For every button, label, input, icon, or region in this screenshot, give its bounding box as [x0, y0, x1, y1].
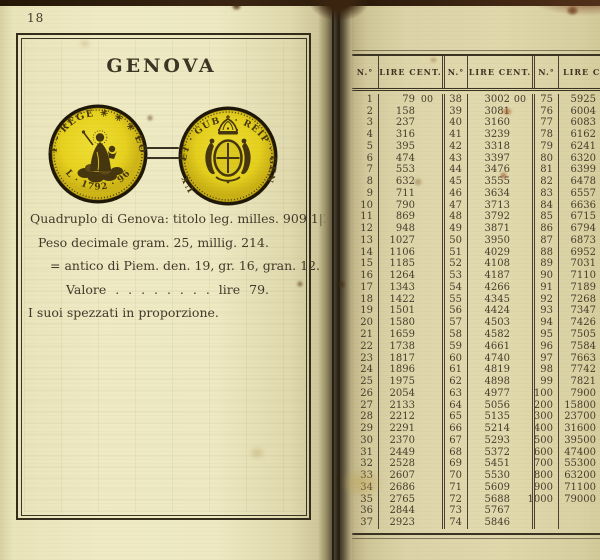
row-number: 78	[535, 129, 559, 141]
row-lire: 4029	[468, 247, 535, 259]
row-lire	[559, 517, 600, 529]
row-lire: 4898	[468, 376, 535, 388]
description-line: I suoi spezzati in proporzione.	[28, 305, 300, 329]
row-lire: 39500	[559, 435, 600, 447]
row-number: 2	[352, 106, 379, 118]
lire-value: 3397	[485, 154, 532, 164]
row-number: 21	[352, 329, 379, 341]
row-number: 87	[535, 235, 559, 247]
row-lire: 158	[379, 106, 445, 118]
row-number: 71	[445, 482, 468, 494]
lire-value: 3318	[485, 142, 532, 152]
row-lire: 6952	[559, 247, 600, 259]
row-number: 23	[352, 353, 379, 365]
cent-value: 00	[421, 95, 433, 105]
row-lire: 1422	[379, 294, 445, 306]
lire-value: 4029	[485, 248, 532, 258]
lire-value: 1975	[390, 377, 442, 387]
row-number: 19	[352, 306, 379, 318]
row-lire: 5530	[468, 470, 535, 482]
row-lire: 6320	[559, 153, 600, 165]
row-lire: 5135	[468, 411, 535, 423]
row-lire: 5925	[559, 94, 600, 106]
description-line: Peso decimale gram. 25, millig. 214.	[28, 235, 300, 259]
row-lire: 47400	[559, 447, 600, 459]
row-number: 9	[352, 188, 379, 200]
row-number: 7	[352, 165, 379, 177]
lire-value: 2765	[390, 495, 442, 505]
row-number: 85	[535, 212, 559, 224]
row-lire: 4187	[468, 270, 535, 282]
row-number: 93	[535, 306, 559, 318]
lire-value: 632	[396, 177, 442, 187]
row-number: 37	[352, 517, 379, 529]
row-lire: 1896	[379, 364, 445, 376]
row-number: 36	[352, 505, 379, 517]
lire-value: 4108	[485, 259, 532, 269]
row-lire: 5056	[468, 400, 535, 412]
row-lire: 474	[379, 153, 445, 165]
row-number: 400	[535, 423, 559, 435]
row-lire: 5451	[468, 458, 535, 470]
lire-value: 237	[396, 118, 442, 128]
lire-value: 1580	[390, 318, 442, 328]
lire-value: 3950	[485, 236, 532, 246]
row-number: 53	[445, 270, 468, 282]
row-lire: 3792	[468, 212, 535, 224]
row-lire: 4977	[468, 388, 535, 400]
table-header: N.° LIRE CENT. N.° LIRE CENT. N.° LIRE C…	[352, 56, 600, 91]
row-number: 98	[535, 364, 559, 376]
row-lire: 4503	[468, 317, 535, 329]
table-body: 1790038300200755925215839308176600432374…	[352, 91, 600, 529]
row-number: 32	[352, 458, 379, 470]
row-number: 96	[535, 341, 559, 353]
row-lire: 632	[379, 176, 445, 188]
row-number: 34	[352, 482, 379, 494]
row-lire: 5688	[468, 494, 535, 506]
lire-value: 5530	[485, 471, 532, 481]
row-number: 30	[352, 435, 379, 447]
row-lire: 237	[379, 118, 445, 130]
row-number: 80	[535, 153, 559, 165]
lire-value: 3871	[485, 224, 532, 234]
row-number: 20	[352, 317, 379, 329]
row-lire: 7189	[559, 282, 600, 294]
row-lire: 3871	[468, 223, 535, 235]
row-number: 60	[445, 353, 468, 365]
row-lire: 3081	[468, 106, 535, 118]
book-gutter	[318, 0, 354, 560]
row-lire: 2054	[379, 388, 445, 400]
row-lire: 6083	[559, 118, 600, 130]
row-lire: 3318	[468, 141, 535, 153]
lire-value: 316	[396, 130, 442, 140]
lire-value: 4740	[485, 354, 532, 364]
lire-value: 5688	[485, 495, 532, 505]
row-number: 84	[535, 200, 559, 212]
lire-value: 1422	[390, 295, 442, 305]
row-number: 91	[535, 282, 559, 294]
coin-connector-line	[146, 157, 179, 159]
description-line: = antico di Piem. den. 19, gr. 16, gran.…	[28, 258, 300, 282]
lire-value: 2291	[390, 424, 442, 434]
row-number: 12	[352, 223, 379, 235]
header-n2: N.°	[445, 56, 468, 88]
row-lire: 316	[379, 129, 445, 141]
row-number: 97	[535, 353, 559, 365]
lire-value: 711	[396, 189, 442, 199]
row-lire: 31600	[559, 423, 600, 435]
row-lire: 7347	[559, 306, 600, 318]
coin-legend-bottom: L · 1792 · 96	[63, 168, 133, 192]
row-number: 18	[352, 294, 379, 306]
row-lire: 553	[379, 165, 445, 177]
row-lire: 7031	[559, 259, 600, 271]
lire-value: 3792	[485, 212, 532, 222]
row-lire: 5214	[468, 423, 535, 435]
lire-value: 2686	[390, 483, 442, 493]
row-number: 41	[445, 129, 468, 141]
row-number: 8	[352, 176, 379, 188]
row-lire: 7742	[559, 364, 600, 376]
row-number: 74	[445, 517, 468, 529]
row-lire: 2686	[379, 482, 445, 494]
row-lire: 7821	[559, 376, 600, 388]
lire-value: 1896	[390, 365, 442, 375]
row-number: 99	[535, 376, 559, 388]
header-n3: N.°	[535, 56, 559, 88]
row-number: 43	[445, 153, 468, 165]
row-number: 5	[352, 141, 379, 153]
row-lire: 3634	[468, 188, 535, 200]
lire-value: 948	[396, 224, 442, 234]
row-number: 61	[445, 364, 468, 376]
row-number: 45	[445, 176, 468, 188]
header-lire3: LIRE CENT.	[559, 56, 600, 88]
lire-value: 5135	[485, 412, 532, 422]
row-lire: 79000	[559, 494, 600, 506]
lire-value: 2449	[390, 448, 442, 458]
row-number: 15	[352, 259, 379, 271]
row-lire: 790	[379, 200, 445, 212]
row-number: 86	[535, 223, 559, 235]
lire-value: 1659	[390, 330, 442, 340]
row-lire: 4661	[468, 341, 535, 353]
lire-value: 5293	[485, 436, 532, 446]
row-lire: 948	[379, 223, 445, 235]
row-lire: 3713	[468, 200, 535, 212]
row-number: 33	[352, 470, 379, 482]
row-lire: 5372	[468, 447, 535, 459]
row-number	[535, 517, 559, 529]
row-lire: 4582	[468, 329, 535, 341]
description-line: Quadruplo di Genova: titolo leg. milles.…	[28, 211, 300, 235]
row-lire: 1027	[379, 235, 445, 247]
row-lire: 3476	[468, 165, 535, 177]
row-lire: 3950	[468, 235, 535, 247]
row-lire: 6004	[559, 106, 600, 118]
cent-value: 00	[514, 95, 526, 105]
lire-value: 5056	[485, 401, 532, 411]
row-number: 14	[352, 247, 379, 259]
row-lire: 5293	[468, 435, 535, 447]
lire-value: 2607	[390, 471, 442, 481]
row-lire: 6162	[559, 129, 600, 141]
row-number: 47	[445, 200, 468, 212]
coin-rim	[179, 107, 278, 206]
row-number: 26	[352, 388, 379, 400]
row-lire: 3397	[468, 153, 535, 165]
row-number: 92	[535, 294, 559, 306]
row-number: 83	[535, 188, 559, 200]
lire-value: 1343	[390, 283, 442, 293]
beaded-border	[184, 112, 272, 200]
row-lire: 5846	[468, 517, 535, 529]
lire-value: 4977	[485, 389, 532, 399]
row-number: 27	[352, 400, 379, 412]
row-lire: 7584	[559, 341, 600, 353]
lire-value: 3002	[485, 95, 532, 105]
row-lire: 2449	[379, 447, 445, 459]
coin-rim	[49, 105, 148, 204]
row-number: 72	[445, 494, 468, 506]
book-top-edge	[0, 0, 600, 6]
row-lire: 2133	[379, 400, 445, 412]
row-number: 75	[535, 94, 559, 106]
page-frame-inner	[21, 38, 307, 516]
row-lire: 6636	[559, 200, 600, 212]
row-number: 62	[445, 376, 468, 388]
row-lire: 3555	[468, 176, 535, 188]
row-number: 11	[352, 212, 379, 224]
row-lire: 7110	[559, 270, 600, 282]
row-number: 700	[535, 458, 559, 470]
svg-text:DUX · ET · GUB · · REIP · GE: DUX · ET · GUB · · REIP · GENU ·	[178, 106, 277, 193]
lire-value: 2370	[390, 436, 442, 446]
row-number: 1	[352, 94, 379, 106]
row-number: 46	[445, 188, 468, 200]
row-number: 58	[445, 329, 468, 341]
row-lire: 4819	[468, 364, 535, 376]
row-lire: 6715	[559, 212, 600, 224]
lire-value: 2528	[390, 459, 442, 469]
row-number: 73	[445, 505, 468, 517]
row-number: 600	[535, 447, 559, 459]
lire-value: 5846	[485, 518, 532, 528]
row-number: 200	[535, 400, 559, 412]
row-number	[535, 505, 559, 517]
lire-value: 1264	[390, 271, 442, 281]
row-lire: 869	[379, 212, 445, 224]
row-number: 3	[352, 118, 379, 130]
lire-value: 2923	[390, 518, 442, 528]
lire-value: 4187	[485, 271, 532, 281]
row-number: 68	[445, 447, 468, 459]
row-lire	[559, 505, 600, 517]
header-lire2: LIRE CENT.	[468, 56, 535, 88]
lire-value: 1106	[390, 248, 442, 258]
row-lire: 63200	[559, 470, 600, 482]
row-lire: 1975	[379, 376, 445, 388]
row-lire: 1738	[379, 341, 445, 353]
lire-value: 3634	[485, 189, 532, 199]
row-number: 100	[535, 388, 559, 400]
row-number: 65	[445, 411, 468, 423]
row-lire: 6478	[559, 176, 600, 188]
description-line: Valore . . . . . . . . lire 79.	[28, 282, 300, 306]
lire-value: 5214	[485, 424, 532, 434]
row-lire: 5609	[468, 482, 535, 494]
row-number: 16	[352, 270, 379, 282]
lire-value: 3081	[485, 107, 532, 117]
row-number: 81	[535, 165, 559, 177]
page-frame	[16, 33, 311, 520]
row-number: 88	[535, 247, 559, 259]
row-number: 54	[445, 282, 468, 294]
svg-text:ET · REGE ✳ ✳ ✳ EOS: ET · REGE ✳ ✳ ✳ EOS	[48, 104, 148, 155]
lire-value: 5372	[485, 448, 532, 458]
beaded-border	[54, 110, 142, 198]
lire-value: 5767	[485, 506, 532, 516]
row-lire: 2607	[379, 470, 445, 482]
row-number: 64	[445, 400, 468, 412]
row-lire: 6557	[559, 188, 600, 200]
lire-value: 3713	[485, 201, 532, 211]
lire-value: 4661	[485, 342, 532, 352]
row-lire: 5767	[468, 505, 535, 517]
lire-value: 4424	[485, 306, 532, 316]
lire-value: 869	[396, 212, 442, 222]
coin-legend: DUX · ET · GUB · · REIP · GENU ·	[178, 106, 277, 193]
row-lire: 6241	[559, 141, 600, 153]
lire-value: 4503	[485, 318, 532, 328]
row-number: 59	[445, 341, 468, 353]
row-number: 52	[445, 259, 468, 271]
row-lire: 3239	[468, 129, 535, 141]
row-lire: 7426	[559, 317, 600, 329]
lire-value: 474	[396, 154, 442, 164]
lire-value: 79	[402, 95, 442, 105]
madonna-engraving	[78, 130, 124, 182]
row-number: 900	[535, 482, 559, 494]
lire-value: 5609	[485, 483, 532, 493]
row-number: 24	[352, 364, 379, 376]
row-number: 49	[445, 223, 468, 235]
row-lire: 7900	[559, 388, 600, 400]
lire-value: 4345	[485, 295, 532, 305]
lire-value: 3160	[485, 118, 532, 128]
row-lire: 2370	[379, 435, 445, 447]
row-lire: 7505	[559, 329, 600, 341]
row-lire: 6873	[559, 235, 600, 247]
row-lire: 7268	[559, 294, 600, 306]
row-number: 82	[535, 176, 559, 188]
coin-legend-top: ET · REGE ✳ ✳ ✳ EOS	[48, 104, 148, 155]
lire-value: 1027	[390, 236, 442, 246]
row-lire: 6399	[559, 165, 600, 177]
row-lire: 300200	[468, 94, 535, 106]
row-lire: 1185	[379, 259, 445, 271]
lire-value: 1501	[390, 306, 442, 316]
lire-value: 553	[396, 165, 442, 175]
lire-value: 4266	[485, 283, 532, 293]
right-page: N.° LIRE CENT. N.° LIRE CENT. N.° LIRE C…	[352, 0, 600, 560]
lire-value: 1817	[390, 354, 442, 364]
row-number: 90	[535, 270, 559, 282]
lire-value: 4819	[485, 365, 532, 375]
row-number: 89	[535, 259, 559, 271]
row-lire: 4740	[468, 353, 535, 365]
row-number: 31	[352, 447, 379, 459]
row-lire: 2923	[379, 517, 445, 529]
row-lire: 1264	[379, 270, 445, 282]
row-lire: 4108	[468, 259, 535, 271]
row-lire: 71100	[559, 482, 600, 494]
row-number: 500	[535, 435, 559, 447]
lire-value: 2212	[390, 412, 442, 422]
coin-reverse: DUX · ET · GUB · · REIP · GENU ·	[178, 106, 278, 206]
page-number: 18	[27, 11, 44, 25]
row-number: 56	[445, 306, 468, 318]
row-number: 39	[445, 106, 468, 118]
row-number: 42	[445, 141, 468, 153]
header-lire1: LIRE CENT.	[379, 56, 445, 88]
lire-value: 5451	[485, 459, 532, 469]
row-number: 10	[352, 200, 379, 212]
row-number: 29	[352, 423, 379, 435]
row-number: 13	[352, 235, 379, 247]
row-lire: 1106	[379, 247, 445, 259]
row-number: 57	[445, 317, 468, 329]
row-lire: 1580	[379, 317, 445, 329]
row-number: 25	[352, 376, 379, 388]
row-number: 48	[445, 212, 468, 224]
row-number: 69	[445, 458, 468, 470]
row-number: 76	[535, 106, 559, 118]
row-lire: 15800	[559, 400, 600, 412]
row-number: 22	[352, 341, 379, 353]
row-number: 55	[445, 294, 468, 306]
left-page: 18 GENOVA ET · REGE ✳ ✳ ✳ EOS	[0, 0, 330, 560]
paper-bleedthrough	[24, 41, 303, 512]
header-n1: N.°	[352, 56, 379, 88]
lire-value: 395	[396, 142, 442, 152]
row-lire: 4266	[468, 282, 535, 294]
row-number: 67	[445, 435, 468, 447]
row-lire: 1501	[379, 306, 445, 318]
row-number: 38	[445, 94, 468, 106]
book-gutter-shadow	[310, 0, 368, 20]
row-number: 77	[535, 118, 559, 130]
row-lire: 6794	[559, 223, 600, 235]
lire-value: 2133	[390, 401, 442, 411]
row-number: 66	[445, 423, 468, 435]
row-number: 79	[535, 141, 559, 153]
coin-connector-line	[146, 147, 179, 149]
row-lire: 1817	[379, 353, 445, 365]
row-lire: 2291	[379, 423, 445, 435]
row-number: 44	[445, 165, 468, 177]
row-number: 28	[352, 411, 379, 423]
row-number: 35	[352, 494, 379, 506]
row-lire: 4345	[468, 294, 535, 306]
row-lire: 2844	[379, 505, 445, 517]
row-number: 17	[352, 282, 379, 294]
conversion-table: N.° LIRE CENT. N.° LIRE CENT. N.° LIRE C…	[352, 54, 600, 535]
coin-obverse: ET · REGE ✳ ✳ ✳ EOS L · 1792 · 96	[48, 104, 148, 204]
lire-value: 4582	[485, 330, 532, 340]
